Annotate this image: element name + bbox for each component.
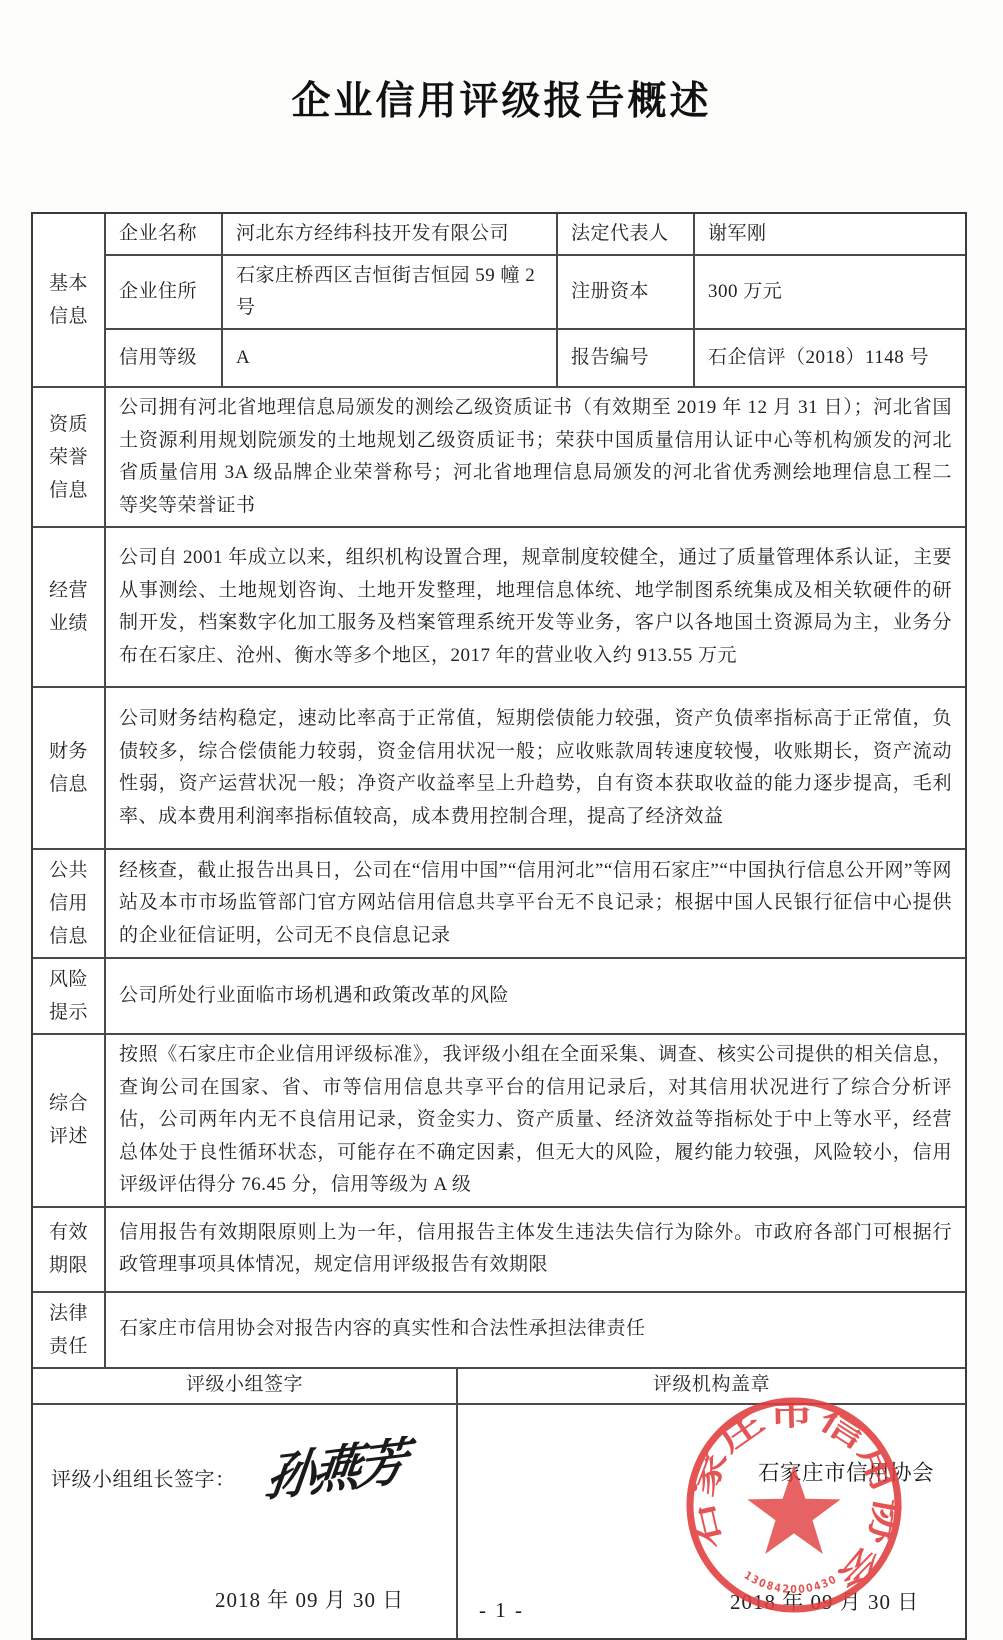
field-label-legal-representative: 法定代表人 <box>557 214 694 255</box>
section-text-business-performance: 公司自 2001 年成立以来，组织机构设置合理，规章制度较健全，通过了质量管理体… <box>105 527 965 687</box>
table-row: 企业住所 石家庄桥西区吉恒街吉恒园 59 幢 2 号 注册资本 300 万元 <box>33 255 965 329</box>
seal-ring-text: 石家庄市信用协会 <box>683 1396 904 1597</box>
field-label-company-address: 企业住所 <box>105 255 222 329</box>
credit-report-table: 基本信息 企业名称 河北东方经纬科技开发有限公司 法定代表人 谢军刚 企业住所 … <box>31 212 967 1640</box>
table-row: 资质荣誉信息 公司拥有河北省地理信息局颁发的测绘乙级资质证书（有效期至 2019… <box>33 387 965 527</box>
section-label-public-credit-info: 公共信用信息 <box>33 849 105 958</box>
section-text-financial-info: 公司财务结构稳定，速动比率高于正常值，短期偿债能力较强，资产负债率指标高于正常值… <box>105 687 965 849</box>
table-row: 综合评述 按照《石家庄市企业信用评级标准》，我评级小组在全面采集、调查、核实公司… <box>33 1034 965 1207</box>
table-row: 信用等级 A 报告编号 石企信评（2018）1148 号 <box>33 329 965 387</box>
signature-table: 评级小组签字 评级机构盖章 评级小组组长签字：孙燕芳 2018 年 09 月 3… <box>33 1367 965 1638</box>
table-row: 评级小组签字 评级机构盖章 <box>33 1367 965 1404</box>
table-row: 基本信息 企业名称 河北东方经纬科技开发有限公司 法定代表人 谢军刚 <box>33 214 965 255</box>
section-label-business-performance: 经营业绩 <box>33 527 105 687</box>
section-label-legal-liability: 法律责任 <box>33 1292 105 1368</box>
section-text-public-credit-info: 经核查，截止报告出具日，公司在“信用中国”“信用河北”“信用石家庄”“中国执行信… <box>105 849 965 958</box>
page-number: - 1 - <box>0 1598 1003 1623</box>
table-row: 风险提示 公司所处行业面临市场机遇和政策改革的风险 <box>33 958 965 1034</box>
table-row: 财务信息 公司财务结构稳定，速动比率高于正常值，短期偿债能力较强，资产负债率指标… <box>33 687 965 849</box>
field-value-report-number: 石企信评（2018）1148 号 <box>694 329 965 387</box>
section-label-risk-notice: 风险提示 <box>33 958 105 1034</box>
field-value-credit-rating: A <box>222 329 557 387</box>
handwritten-signature: 孙燕芳 <box>264 1445 405 1495</box>
field-label-company-name: 企业名称 <box>105 214 222 255</box>
team-leader-signature-label: 评级小组组长签字： <box>51 1469 236 1491</box>
svg-text:石家庄市信用协会: 石家庄市信用协会 <box>683 1396 904 1597</box>
table-row: 有效期限 信用报告有效期限原则上为一年，信用报告主体发生违法失信行为除外。市政府… <box>33 1207 965 1292</box>
section-text-qualifications-honors: 公司拥有河北省地理信息局颁发的测绘乙级资质证书（有效期至 2019 年 12 月… <box>105 387 965 527</box>
seal-ring <box>690 1401 898 1609</box>
rating-agency-seal-header: 评级机构盖章 <box>457 1367 965 1404</box>
section-label-basic-info: 基本信息 <box>33 214 105 387</box>
table-row: 经营业绩 公司自 2001 年成立以来，组织机构设置合理，规章制度较健全，通过了… <box>33 527 965 687</box>
section-text-risk-notice: 公司所处行业面临市场机遇和政策改革的风险 <box>105 958 965 1034</box>
section-text-comprehensive-review: 按照《石家庄市企业信用评级标准》，我评级小组在全面采集、调查、核实公司提供的相关… <box>105 1034 965 1207</box>
section-label-comprehensive-review: 综合评述 <box>33 1034 105 1207</box>
field-label-registered-capital: 注册资本 <box>557 255 694 329</box>
field-label-credit-rating: 信用等级 <box>105 329 222 387</box>
section-text-legal-liability: 石家庄市信用协会对报告内容的真实性和合法性承担法律责任 <box>105 1292 965 1368</box>
section-label-financial-info: 财务信息 <box>33 687 105 849</box>
rating-team-signature-header: 评级小组签字 <box>33 1367 457 1404</box>
field-value-registered-capital: 300 万元 <box>694 255 965 329</box>
section-label-qualifications-honors: 资质荣誉信息 <box>33 387 105 527</box>
section-text-validity-period: 信用报告有效期限原则上为一年，信用报告主体发生违法失信行为除外。市政府各部门可根… <box>105 1207 965 1292</box>
section-label-validity-period: 有效期限 <box>33 1207 105 1292</box>
report-main-table: 基本信息 企业名称 河北东方经纬科技开发有限公司 法定代表人 谢军刚 企业住所 … <box>33 214 965 1369</box>
team-leader-signature-line: 评级小组组长签字：孙燕芳 <box>51 1453 402 1496</box>
field-label-report-number: 报告编号 <box>557 329 694 387</box>
field-value-company-name: 河北东方经纬科技开发有限公司 <box>222 214 557 255</box>
table-row: 公共信用信息 经核查，截止报告出具日，公司在“信用中国”“信用河北”“信用石家庄… <box>33 849 965 958</box>
field-value-company-address: 石家庄桥西区吉恒街吉恒园 59 幢 2 号 <box>222 255 557 329</box>
agency-name-text: 石家庄市信用协会 <box>758 1457 934 1489</box>
field-value-legal-representative: 谢军刚 <box>694 214 965 255</box>
table-row: 法律责任 石家庄市信用协会对报告内容的真实性和合法性承担法律责任 <box>33 1292 965 1368</box>
page-title: 企业信用评级报告概述 <box>0 70 1003 126</box>
